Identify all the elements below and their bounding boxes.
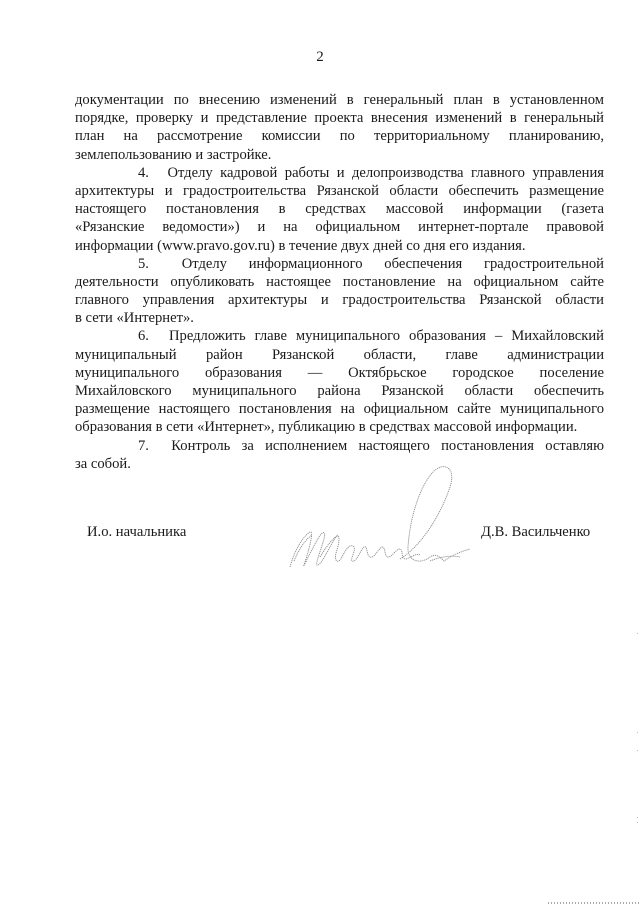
page-number: 2 (0, 49, 640, 66)
item-number: 6. (138, 327, 160, 345)
text-line: документации по внесению изменений в ген… (75, 91, 604, 109)
scan-artifact (637, 633, 638, 634)
signature-block: И.о. начальника Д.В. Васильченко (0, 517, 640, 577)
item-4-first-line: 4. Отделу кадровой работы и делопроизвод… (75, 164, 604, 182)
text-line: порядке, проверку и представление проект… (75, 109, 604, 127)
text-line: Отделу информационного обеспечения градо… (182, 256, 604, 272)
item-number: 7. (138, 437, 160, 455)
scan-artifact (637, 817, 638, 818)
handwritten-signature-icon (280, 457, 480, 577)
text-line: информации (www.pravo.gov.ru) в течение … (75, 237, 604, 255)
item-6-first-line: 6. Предложить главе муниципального образ… (75, 327, 604, 345)
text-line: землепользованию и застройке. (75, 146, 604, 164)
text-line: размещение настоящего постановления на о… (75, 400, 604, 418)
text-line: муниципальный район Рязанской области, г… (75, 346, 604, 364)
scan-artifact (637, 822, 638, 823)
text-line: главного управления архитектуры и градос… (75, 291, 604, 309)
text-line: Михайловского муниципального района Ряза… (75, 382, 604, 400)
text-line: Отделу кадровой работы и делопроизводств… (167, 165, 604, 181)
document-body: документации по внесению изменений в ген… (75, 91, 604, 473)
text-line: в сети «Интернет». (75, 309, 604, 327)
item-5-first-line: 5. Отделу информационного обеспечения гр… (75, 255, 604, 273)
scan-artifact (637, 750, 638, 751)
text-line: архитектуры и градостроительства Рязанск… (75, 182, 604, 200)
scan-artifact (637, 732, 638, 733)
text-line: Контроль за исполнением настоящего поста… (171, 438, 604, 454)
signatory-name: Д.В. Васильченко (481, 524, 590, 541)
text-line: «Рязанские ведомости») и на официальном … (75, 218, 604, 236)
item-number: 5. (138, 255, 160, 273)
text-line: муниципального образования — Октябрьское… (75, 364, 604, 382)
scan-edge-artifact (548, 902, 640, 904)
text-line: деятельности опубликовать настоящее пост… (75, 273, 604, 291)
signatory-title: И.о. начальника (87, 524, 186, 541)
text-line: образования в сети «Интернет», публикаци… (75, 418, 604, 436)
text-line: настоящего постановления в средствах мас… (75, 200, 604, 218)
text-line: Предложить главе муниципального образова… (169, 328, 604, 344)
item-7-first-line: 7. Контроль за исполнением настоящего по… (75, 437, 604, 455)
text-line: план на рассмотрение комиссии по террито… (75, 127, 604, 145)
item-number: 4. (138, 164, 160, 182)
